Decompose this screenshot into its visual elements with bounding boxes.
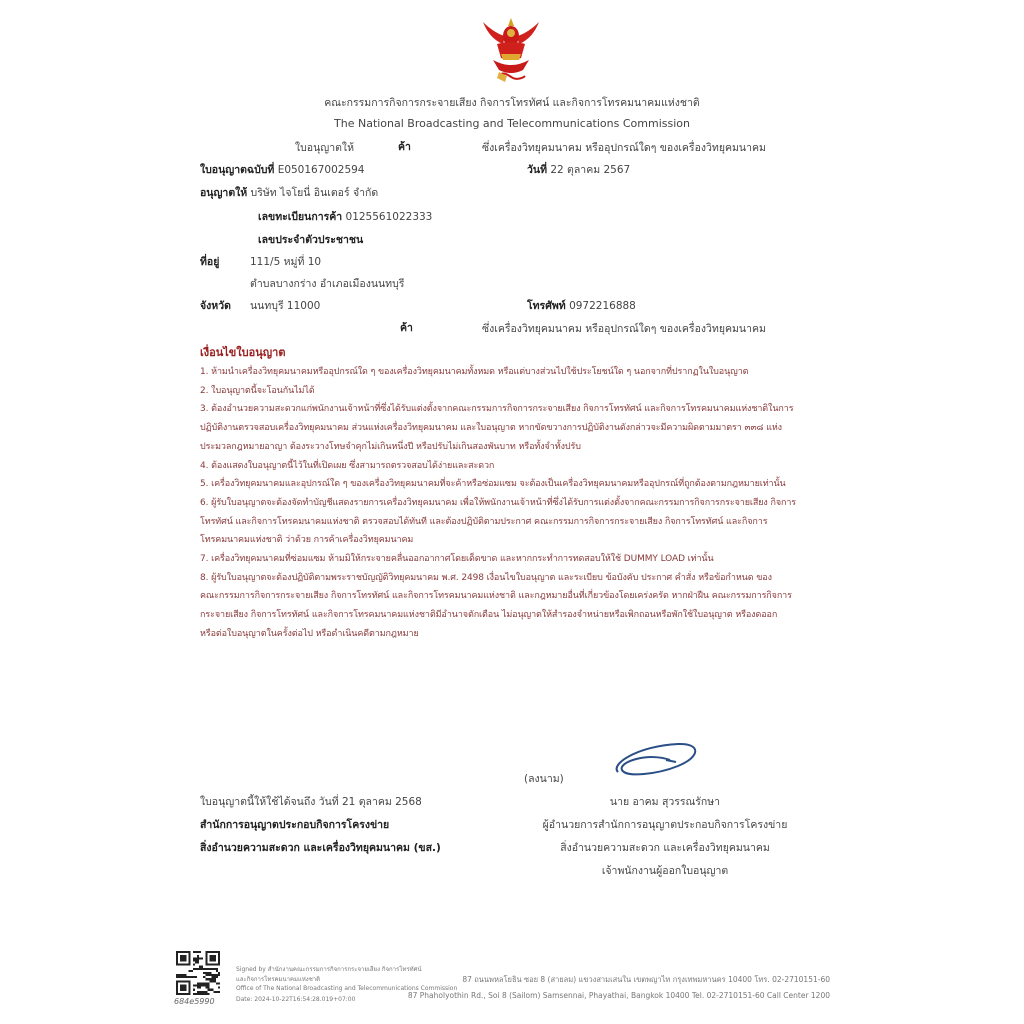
signer-position-1: ผู้อำนวยการสำนักการอนุญาตประกอบกิจการโคร…	[500, 816, 830, 833]
qr-code-icon[interactable]	[176, 951, 220, 995]
signer-position-2: สิ่งอำนวยความสะดวก และเครื่องวิทยุคมนาคม	[500, 839, 830, 856]
phone-value: 0972216888	[569, 300, 636, 312]
condition-line: โทรทัศน์ และกิจการโทรคมนาคมแห่งชาติ ตรวจ…	[200, 514, 767, 528]
condition-line: ประมวลกฎหมายอาญา ต้องระวางโทษจำคุกไม่เกิ…	[200, 439, 581, 453]
license-number-value: E050167002594	[278, 164, 365, 176]
grantee: อนุญาตให้ บริษัท ไจโยนี่ อินเตอร์ จำกัด	[200, 184, 378, 201]
address-line1: 111/5 หมู่ที่ 10	[250, 253, 321, 270]
signer-position-3: เจ้าพนักงานผู้ออกใบอนุญาต	[500, 862, 830, 879]
condition-line: โทรคมนาคมแห่งชาติ ว่าด้วย การค้าเครื่องว…	[200, 532, 413, 546]
condition-line: 6. ผู้รับใบอนุญาตจะต้องจัดทำบัญชีแสดงราย…	[200, 495, 796, 509]
address-label: ที่อยู่	[200, 253, 219, 270]
signed-date: Date: 2024-10-22T16:54:28.019+07:00	[236, 996, 355, 1003]
footer-address-thai: 87 ถนนพหลโยธิน ซอย 8 (สายลม) แขวงสามเสนใ…	[462, 974, 830, 986]
license-type2-value: ค้า	[400, 319, 413, 336]
valid-until: ใบอนุญาตนี้ให้ใช้ได้จนถึง วันที่ 21 ตุลา…	[200, 793, 422, 810]
trade-registration-value: 0125561022333	[346, 211, 433, 223]
citizen-id-label: เลขประจำตัวประชาชน	[258, 234, 363, 246]
grantee-label: อนุญาตให้	[200, 187, 247, 199]
license-type-desc: ซึ่งเครื่องวิทยุคมนาคม หรืออุปกรณ์ใดๆ ขอ…	[482, 139, 766, 156]
issuing-office-2: สิ่งอำนวยความสะดวก และเครื่องวิทยุคมนาคม…	[200, 839, 441, 856]
condition-line: 2. ใบอนุญาตนี้จะโอนกันไม่ได้	[200, 383, 315, 397]
license-date-label: วันที่	[527, 164, 547, 176]
signed-by-line2: และกิจการโทรคมนาคมแห่งชาติ	[236, 974, 320, 984]
license-type-label: ใบอนุญาตให้	[295, 139, 354, 156]
org-name-english: The National Broadcasting and Telecommun…	[0, 117, 1024, 130]
trade-registration-label: เลขทะเบียนการค้า	[258, 211, 342, 223]
signature-image	[608, 738, 704, 780]
license-number-label: ใบอนุญาตฉบับที่	[200, 164, 274, 176]
conditions-title: เงื่อนไขใบอนุญาต	[200, 343, 285, 361]
signed-by-line1: Signed by สำนักงานคณะกรรมการกิจการกระจาย…	[236, 964, 422, 974]
address-line2: ตำบลบางกร่าง อำเภอเมืองนนทบุรี	[250, 275, 404, 292]
signer-name: นาย อาคม สุวรรณรักษา	[500, 793, 830, 810]
condition-line: 5. เครื่องวิทยุคมนาคมและอุปกรณ์ใด ๆ ของเ…	[200, 476, 786, 490]
garuda-emblem-icon	[475, 14, 547, 88]
license-date: วันที่ 22 ตุลาคม 2567	[527, 161, 630, 178]
license-type-value: ค้า	[398, 138, 411, 155]
issuing-office-1: สำนักการอนุญาตประกอบกิจการโครงข่าย	[200, 816, 389, 833]
qr-code-label: 684e5990	[174, 997, 215, 1006]
sign-label: (ลงนาม)	[524, 770, 564, 787]
condition-line: 8. ผู้รับใบอนุญาตจะต้องปฏิบัติตามพระราชบ…	[200, 570, 772, 584]
province-value: นนทบุรี 11000	[250, 297, 320, 314]
license-date-value: 22 ตุลาคม 2567	[550, 164, 630, 176]
phone-label: โทรศัพท์	[527, 300, 566, 312]
org-name-thai: คณะกรรมการกิจการกระจายเสียง กิจการโทรทัศ…	[0, 94, 1024, 111]
condition-line: 3. ต้องอำนวยความสะดวกแก่พนักงานเจ้าหน้าท…	[200, 401, 793, 415]
grantee-value: บริษัท ไจโยนี่ อินเตอร์ จำกัด	[251, 187, 379, 199]
condition-line: หรือต่อใบอนุญาตในครั้งต่อไป หรือดำเนินคด…	[200, 626, 419, 640]
condition-line: คณะกรรมการกิจการกระจายเสียง กิจการโทรทัศ…	[200, 588, 792, 602]
condition-line: กระจายเสียง กิจการโทรทัศน์ และกิจการโทรค…	[200, 607, 777, 621]
phone: โทรศัพท์ 0972216888	[527, 297, 636, 314]
condition-line: 4. ต้องแสดงใบอนุญาตนี้ไว้ในที่เปิดเผย ซึ…	[200, 458, 494, 472]
trade-registration: เลขทะเบียนการค้า 0125561022333	[258, 208, 432, 225]
citizen-id: เลขประจำตัวประชาชน	[258, 231, 363, 248]
license-type2-desc: ซึ่งเครื่องวิทยุคมนาคม หรืออุปกรณ์ใดๆ ขอ…	[482, 320, 766, 337]
condition-line: 7. เครื่องวิทยุคมนาคมที่ซ่อมแซม ห้ามมิให…	[200, 551, 714, 565]
license-number: ใบอนุญาตฉบับที่ E050167002594	[200, 161, 365, 178]
province-label: จังหวัด	[200, 297, 231, 314]
footer-address-english: 87 Phaholyothin Rd., Soi 8 (Sailom) Sams…	[408, 991, 830, 1000]
condition-line: ปฏิบัติงานตรวจสอบเครื่องวิทยุคมนาคม ส่วน…	[200, 420, 782, 434]
condition-line: 1. ห้ามนำเครื่องวิทยุคมนาคมหรืออุปกรณ์ใด…	[200, 364, 748, 378]
